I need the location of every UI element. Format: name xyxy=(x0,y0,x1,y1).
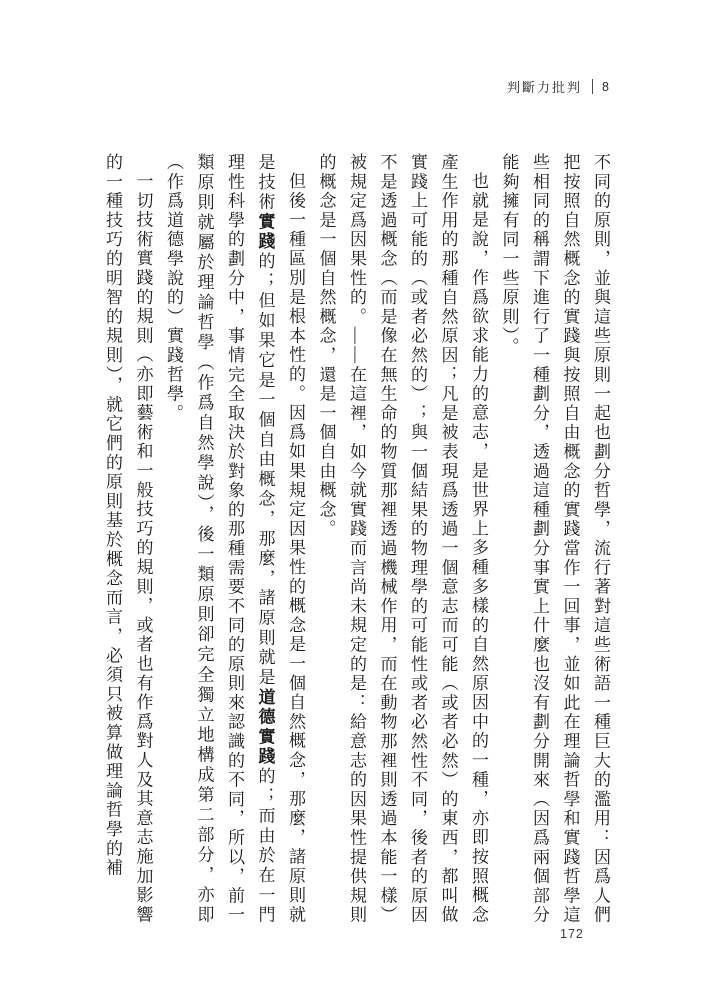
book-title: 判斷力批判 xyxy=(507,77,582,96)
paragraph-4: 一切技術實踐的規則（亦即藝術和一般技巧的規則，或者也有作爲對人及其意志施加影響的… xyxy=(97,153,158,925)
text-block: 不同的原則，並與這些原則一起也劃分哲學，流行著對這些術語一種巨大的濫用：因爲人們… xyxy=(97,153,616,925)
paragraph-2: 也就是說，作爲欲求能力的意志，是世界上多種多樣的自然原因中的一種，亦即按照概念產… xyxy=(310,153,493,925)
book-page: 判斷力批判 8 不同的原則，並與這些原則一起也劃分哲學，流行著對這些術語一種巨大… xyxy=(0,0,705,1000)
paragraph-3: 但後一種區別是根本性的。因爲如果規定因果性的概念是一個自然概念，那麼，諸原則就是… xyxy=(158,153,311,925)
text-run: 也就是說，作爲欲求能力的意志，是世界上多種多樣的自然原因中的一種，亦即按照概念產… xyxy=(317,153,489,925)
emphasized-term: 道德實踐 xyxy=(256,688,275,767)
paragraph-1: 不同的原則，並與這些原則一起也劃分哲學，流行著對這些術語一種巨大的濫用：因爲人們… xyxy=(493,153,615,925)
text-run: 不同的原則，並與這些原則一起也劃分哲學，流行著對這些術語一種巨大的濫用：因爲人們… xyxy=(500,153,611,925)
text-run: 的；但如果它是一個自由概念，那麼，諸原則就是 xyxy=(256,252,275,688)
page-number: 172 xyxy=(560,927,584,941)
header-divider xyxy=(592,79,593,94)
text-run: 一切技術實踐的規則（亦即藝術和一般技巧的規則，或者也有作爲對人及其意志施加影響的… xyxy=(103,153,153,925)
running-header: 判斷力批判 8 xyxy=(507,77,609,96)
emphasized-term: 實踐 xyxy=(256,212,275,252)
chapter-number: 8 xyxy=(602,80,609,94)
